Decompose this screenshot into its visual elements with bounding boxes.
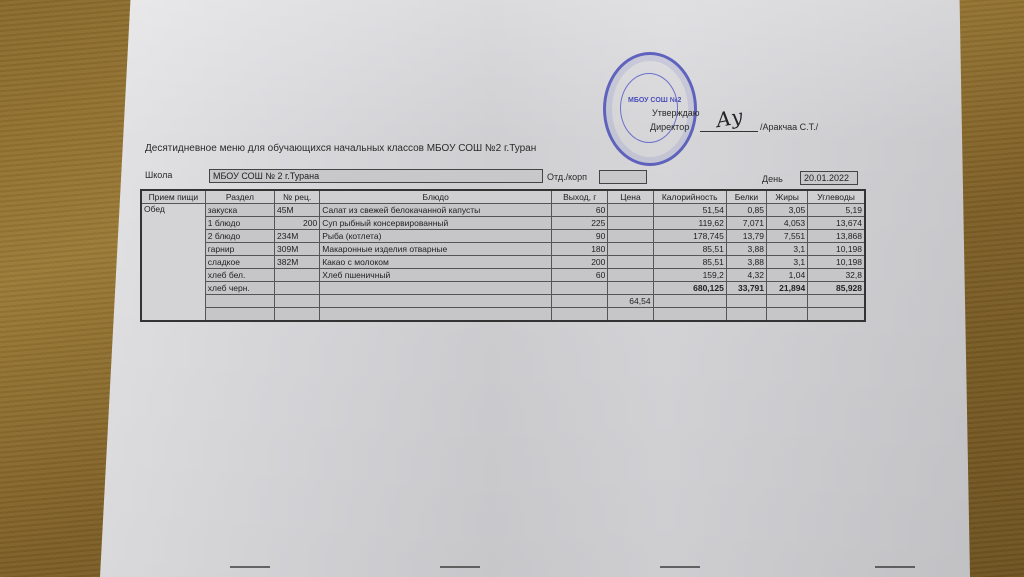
cell-price [608,269,653,282]
document-title: Десятидневное меню для обучающихся начал… [145,143,536,154]
cell-calories: 85,51 [653,256,726,269]
cell-dish: Хлеб пшеничный [320,269,552,282]
column-header: Раздел [205,190,274,204]
footer-mark [660,566,700,568]
signature-line [700,131,758,132]
cell-recipe [275,295,320,308]
column-header: Калорийность [653,190,726,204]
cell-price [608,308,653,322]
table-row: 2 блюдо234МРыба (котлета)90178,74513,797… [141,230,865,243]
school-field: МБОУ СОШ № 2 г.Турана [209,169,543,183]
cell-fats: 21,894 [767,282,808,295]
cell-dish [320,282,552,295]
cell-recipe [275,282,320,295]
table-row: Обедзакуска45МСалат из свежей белокачанн… [141,204,865,217]
cell-proteins: 0,85 [726,204,766,217]
cell-recipe: 382М [275,256,320,269]
day-field: 20.01.2022 [800,171,858,185]
cell-fats: 3,05 [767,204,808,217]
branch-label: Отд./корп [547,172,587,182]
cell-carbs: 32,8 [808,269,865,282]
cell-carbs: 13,868 [808,230,865,243]
column-header: Прием пищи [141,190,205,204]
cell-section: гарнир [205,243,274,256]
cell-dish: Макаронные изделия отварные [320,243,552,256]
cell-yield: 60 [552,269,608,282]
cell-carbs: 10,198 [808,256,865,269]
cell-yield [552,308,608,322]
cell-carbs [808,295,865,308]
cell-yield: 200 [552,256,608,269]
cell-fats: 1,04 [767,269,808,282]
cell-recipe: 309М [275,243,320,256]
footer-mark [230,566,270,568]
cell-section: сладкое [205,256,274,269]
cell-dish [320,295,552,308]
cell-fats: 4,053 [767,217,808,230]
cell-calories: 119,62 [653,217,726,230]
menu-table: Прием пищи Раздел № рец. Блюдо Выход, г … [140,189,866,322]
day-label: День [762,174,783,184]
table-row: хлеб бел.Хлеб пшеничный60159,24,321,0432… [141,269,865,282]
cell-fats [767,308,808,322]
column-header: Цена [608,190,653,204]
footer-mark [875,566,915,568]
stamp-text: МБОУ СОШ №2 [628,97,681,104]
cell-recipe: 234М [275,230,320,243]
cell-section: 1 блюдо [205,217,274,230]
branch-field [599,170,647,184]
cell-calories: 680,125 [653,282,726,295]
cell-proteins [726,308,766,322]
cell-yield: 60 [552,204,608,217]
cell-proteins: 13,79 [726,230,766,243]
cell-carbs: 85,928 [808,282,865,295]
cell-section: 2 блюдо [205,230,274,243]
cell-recipe [275,269,320,282]
cell-section [205,308,274,322]
cell-section: хлеб черн. [205,282,274,295]
cell-carbs: 10,198 [808,243,865,256]
cell-fats [767,295,808,308]
school-label: Школа [145,170,172,180]
cell-dish: Какао с молоком [320,256,552,269]
cell-section: закуска [205,204,274,217]
cell-proteins [726,295,766,308]
cell-recipe: 200 [275,217,320,230]
table-row: гарнир309ММакаронные изделия отварные180… [141,243,865,256]
table-row: 64,54 [141,295,865,308]
cell-calories [653,295,726,308]
cell-yield [552,295,608,308]
column-header: Выход, г [552,190,608,204]
column-header: № рец. [275,190,320,204]
table-row: 1 блюдо200Суп рыбный консервированный225… [141,217,865,230]
cell-dish: Салат из свежей белокачанной капусты [320,204,552,217]
cell-calories: 51,54 [653,204,726,217]
cell-proteins: 4,32 [726,269,766,282]
cell-calories: 85,51 [653,243,726,256]
footer-mark [440,566,480,568]
cell-price [608,217,653,230]
cell-dish [320,308,552,322]
approve-label: Утверждаю [652,108,700,118]
cell-price [608,243,653,256]
column-header: Белки [726,190,766,204]
cell-fats: 3,1 [767,256,808,269]
cell-carbs: 5,19 [808,204,865,217]
column-header: Углеводы [808,190,865,204]
director-name: /Аракчаа С.Т./ [760,122,818,132]
cell-calories: 159,2 [653,269,726,282]
cell-dish: Рыба (котлета) [320,230,552,243]
table-row: хлеб черн.680,12533,79121,89485,928 [141,282,865,295]
cell-carbs [808,308,865,322]
cell-proteins: 33,791 [726,282,766,295]
cell-section [205,295,274,308]
table-row: сладкое382МКакао с молоком20085,513,883,… [141,256,865,269]
cell-calories: 178,745 [653,230,726,243]
meal-cell: Обед [141,204,205,322]
cell-recipe [275,308,320,322]
cell-proteins: 7,071 [726,217,766,230]
table-row [141,308,865,322]
table-header-row: Прием пищи Раздел № рец. Блюдо Выход, г … [141,190,865,204]
cell-dish: Суп рыбный консервированный [320,217,552,230]
cell-fats: 7,551 [767,230,808,243]
director-label: Директор [650,122,689,132]
cell-recipe: 45М [275,204,320,217]
signature-mark: Ау [714,104,745,132]
cell-fats: 3,1 [767,243,808,256]
column-header: Блюдо [320,190,552,204]
cell-yield [552,282,608,295]
cell-yield: 90 [552,230,608,243]
cell-carbs: 13,674 [808,217,865,230]
cell-yield: 225 [552,217,608,230]
cell-calories [653,308,726,322]
cell-yield: 180 [552,243,608,256]
cell-price [608,282,653,295]
cell-section: хлеб бел. [205,269,274,282]
cell-proteins: 3,88 [726,256,766,269]
cell-price [608,256,653,269]
cell-price: 64,54 [608,295,653,308]
cell-price [608,230,653,243]
column-header: Жиры [767,190,808,204]
cell-price [608,204,653,217]
cell-proteins: 3,88 [726,243,766,256]
